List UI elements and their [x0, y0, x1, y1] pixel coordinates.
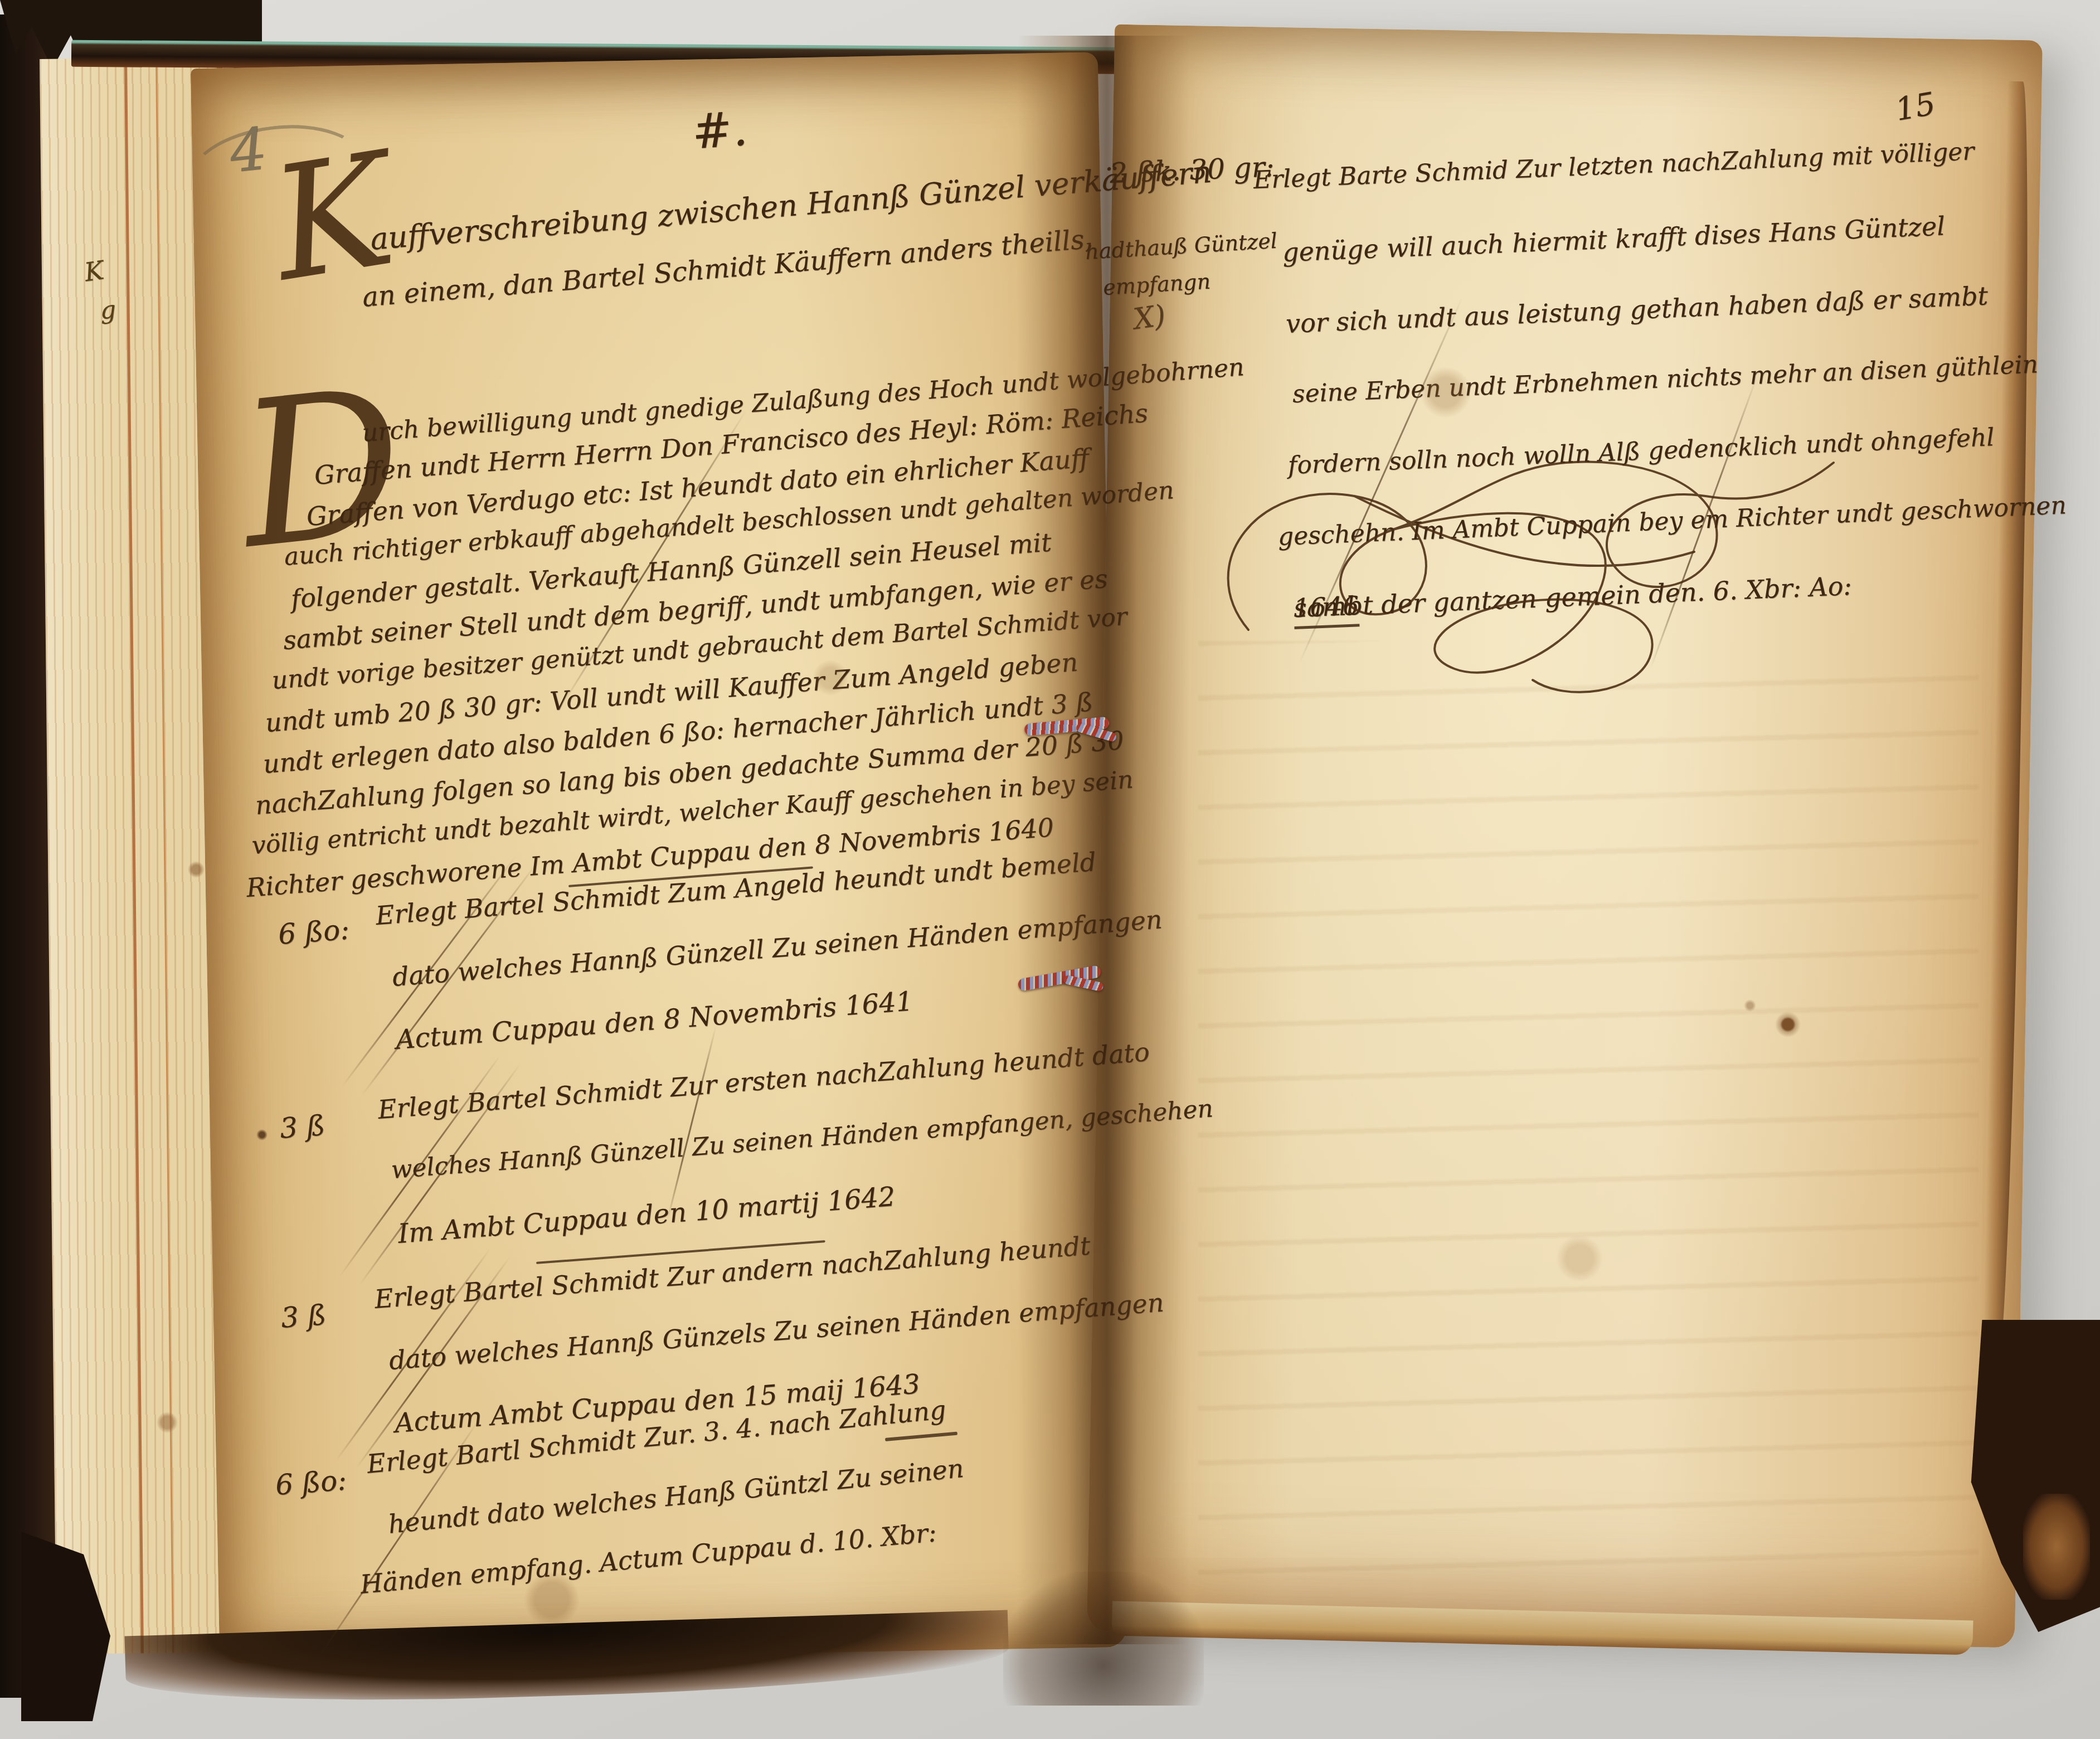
- entry-amount: 6 ßo:: [274, 1464, 348, 1501]
- entry-amount: 3 ß: [280, 1299, 327, 1334]
- cover-rust-patch: [2023, 1494, 2090, 1600]
- calligraphic-knot-flourish: [1209, 446, 1867, 708]
- header-ink-mark: #.: [690, 101, 750, 161]
- gutter-bottom-shadow: [1003, 1572, 1204, 1706]
- photo-of-open-manuscript-book: 4 #. K g K auffverschreibung zwischen Ha…: [0, 0, 2100, 1739]
- margin-flourish-mark: X): [1131, 299, 1168, 336]
- entry-amount: 2 ßk. 30 gr:: [1109, 150, 1275, 190]
- folio-number: 15: [1893, 86, 1938, 128]
- edge-ink-mark: K: [82, 255, 106, 287]
- entry-amount: 6 ßo:: [277, 913, 351, 950]
- entry-amount: 3 ß: [279, 1109, 326, 1145]
- right-page-ink-showthrough: [1198, 641, 1979, 1600]
- edge-ink-mark: g: [99, 295, 117, 325]
